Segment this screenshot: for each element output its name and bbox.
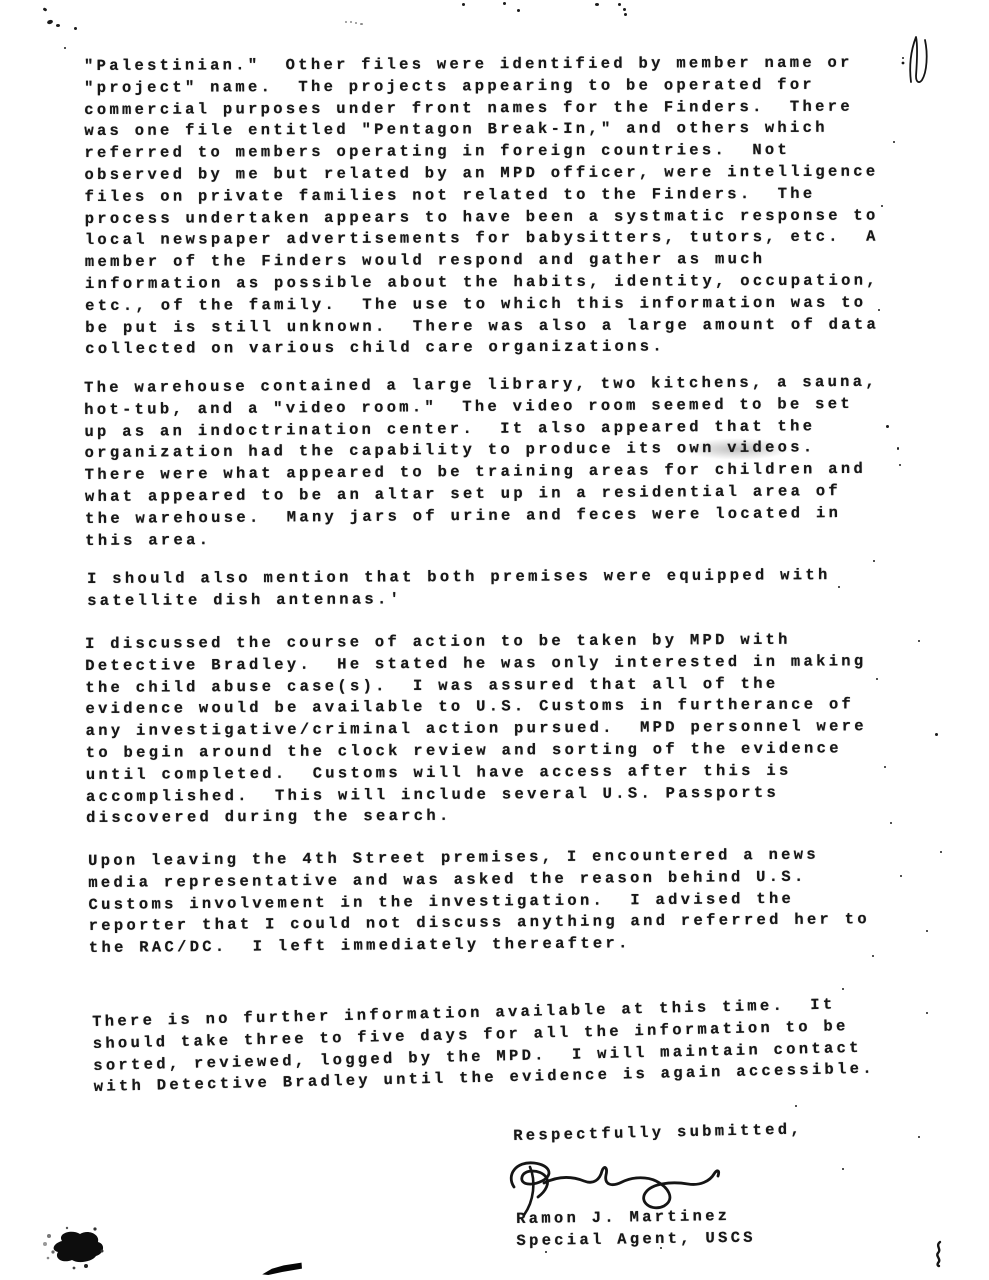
scan-speck — [517, 9, 520, 12]
scanned-document-page: "Palestinian." Other files were identifi… — [0, 0, 989, 1280]
paragraph-2: The warehouse contained a large library,… — [84, 372, 879, 553]
scan-speck — [940, 851, 942, 853]
closing-name-block: Ramon J. Martinez Special Agent, USCS — [516, 1206, 756, 1253]
scan-speck — [899, 464, 901, 466]
paragraph-3: I should also mention that both premises… — [87, 565, 831, 612]
scan-speck — [623, 8, 626, 11]
scan-speck — [890, 822, 892, 824]
scan-speck — [876, 678, 878, 680]
scan-speck — [462, 3, 465, 6]
scan-speck — [838, 586, 840, 588]
scan-speck — [46, 19, 53, 25]
scan-speck — [624, 13, 627, 16]
scan-speck — [926, 1012, 928, 1014]
scan-speck — [884, 766, 886, 768]
scan-speck — [842, 1168, 844, 1170]
scan-speck — [878, 309, 880, 311]
scan-speck — [795, 1105, 797, 1107]
ink-swoosh — [262, 1263, 303, 1278]
scan-speck — [873, 560, 875, 562]
scan-speck — [935, 733, 938, 736]
paragraph-5: Upon leaving the 4th Street premises, I … — [88, 844, 870, 960]
scan-speck — [893, 141, 895, 143]
scan-speck — [64, 47, 66, 49]
scan-speck — [872, 955, 874, 957]
scan-speck — [43, 7, 48, 12]
overprint-smudge — [682, 438, 792, 460]
scan-speck — [926, 930, 928, 932]
scan-speck — [355, 22, 357, 24]
scan-speck — [360, 23, 363, 25]
scan-speck — [503, 2, 506, 5]
ink-smudge — [40, 1225, 112, 1271]
scan-speck — [918, 640, 920, 642]
paragraph-1: "Palestinian." Other files were identifi… — [84, 53, 879, 362]
scan-speck — [618, 3, 621, 6]
scan-speck — [897, 447, 899, 450]
scan-speck — [595, 3, 599, 6]
ink-squiggle — [934, 1241, 944, 1267]
scan-speck — [902, 57, 904, 59]
pen-mark — [900, 32, 934, 88]
scan-speck — [842, 988, 844, 990]
scan-speck — [345, 21, 347, 23]
scan-speck — [918, 1136, 920, 1138]
paragraph-6: There is no further information availabl… — [92, 994, 875, 1100]
scan-speck — [545, 1251, 547, 1253]
scan-speck — [900, 875, 902, 877]
scan-speck — [74, 27, 77, 30]
scan-speck — [881, 205, 883, 207]
scan-speck — [350, 21, 352, 23]
paragraph-4: I discussed the course of action to be t… — [85, 629, 867, 830]
scan-speck — [660, 1247, 662, 1249]
closing-salutation: Respectfully submitted, — [513, 1119, 803, 1147]
scan-speck — [56, 24, 60, 27]
scan-speck — [886, 425, 889, 428]
